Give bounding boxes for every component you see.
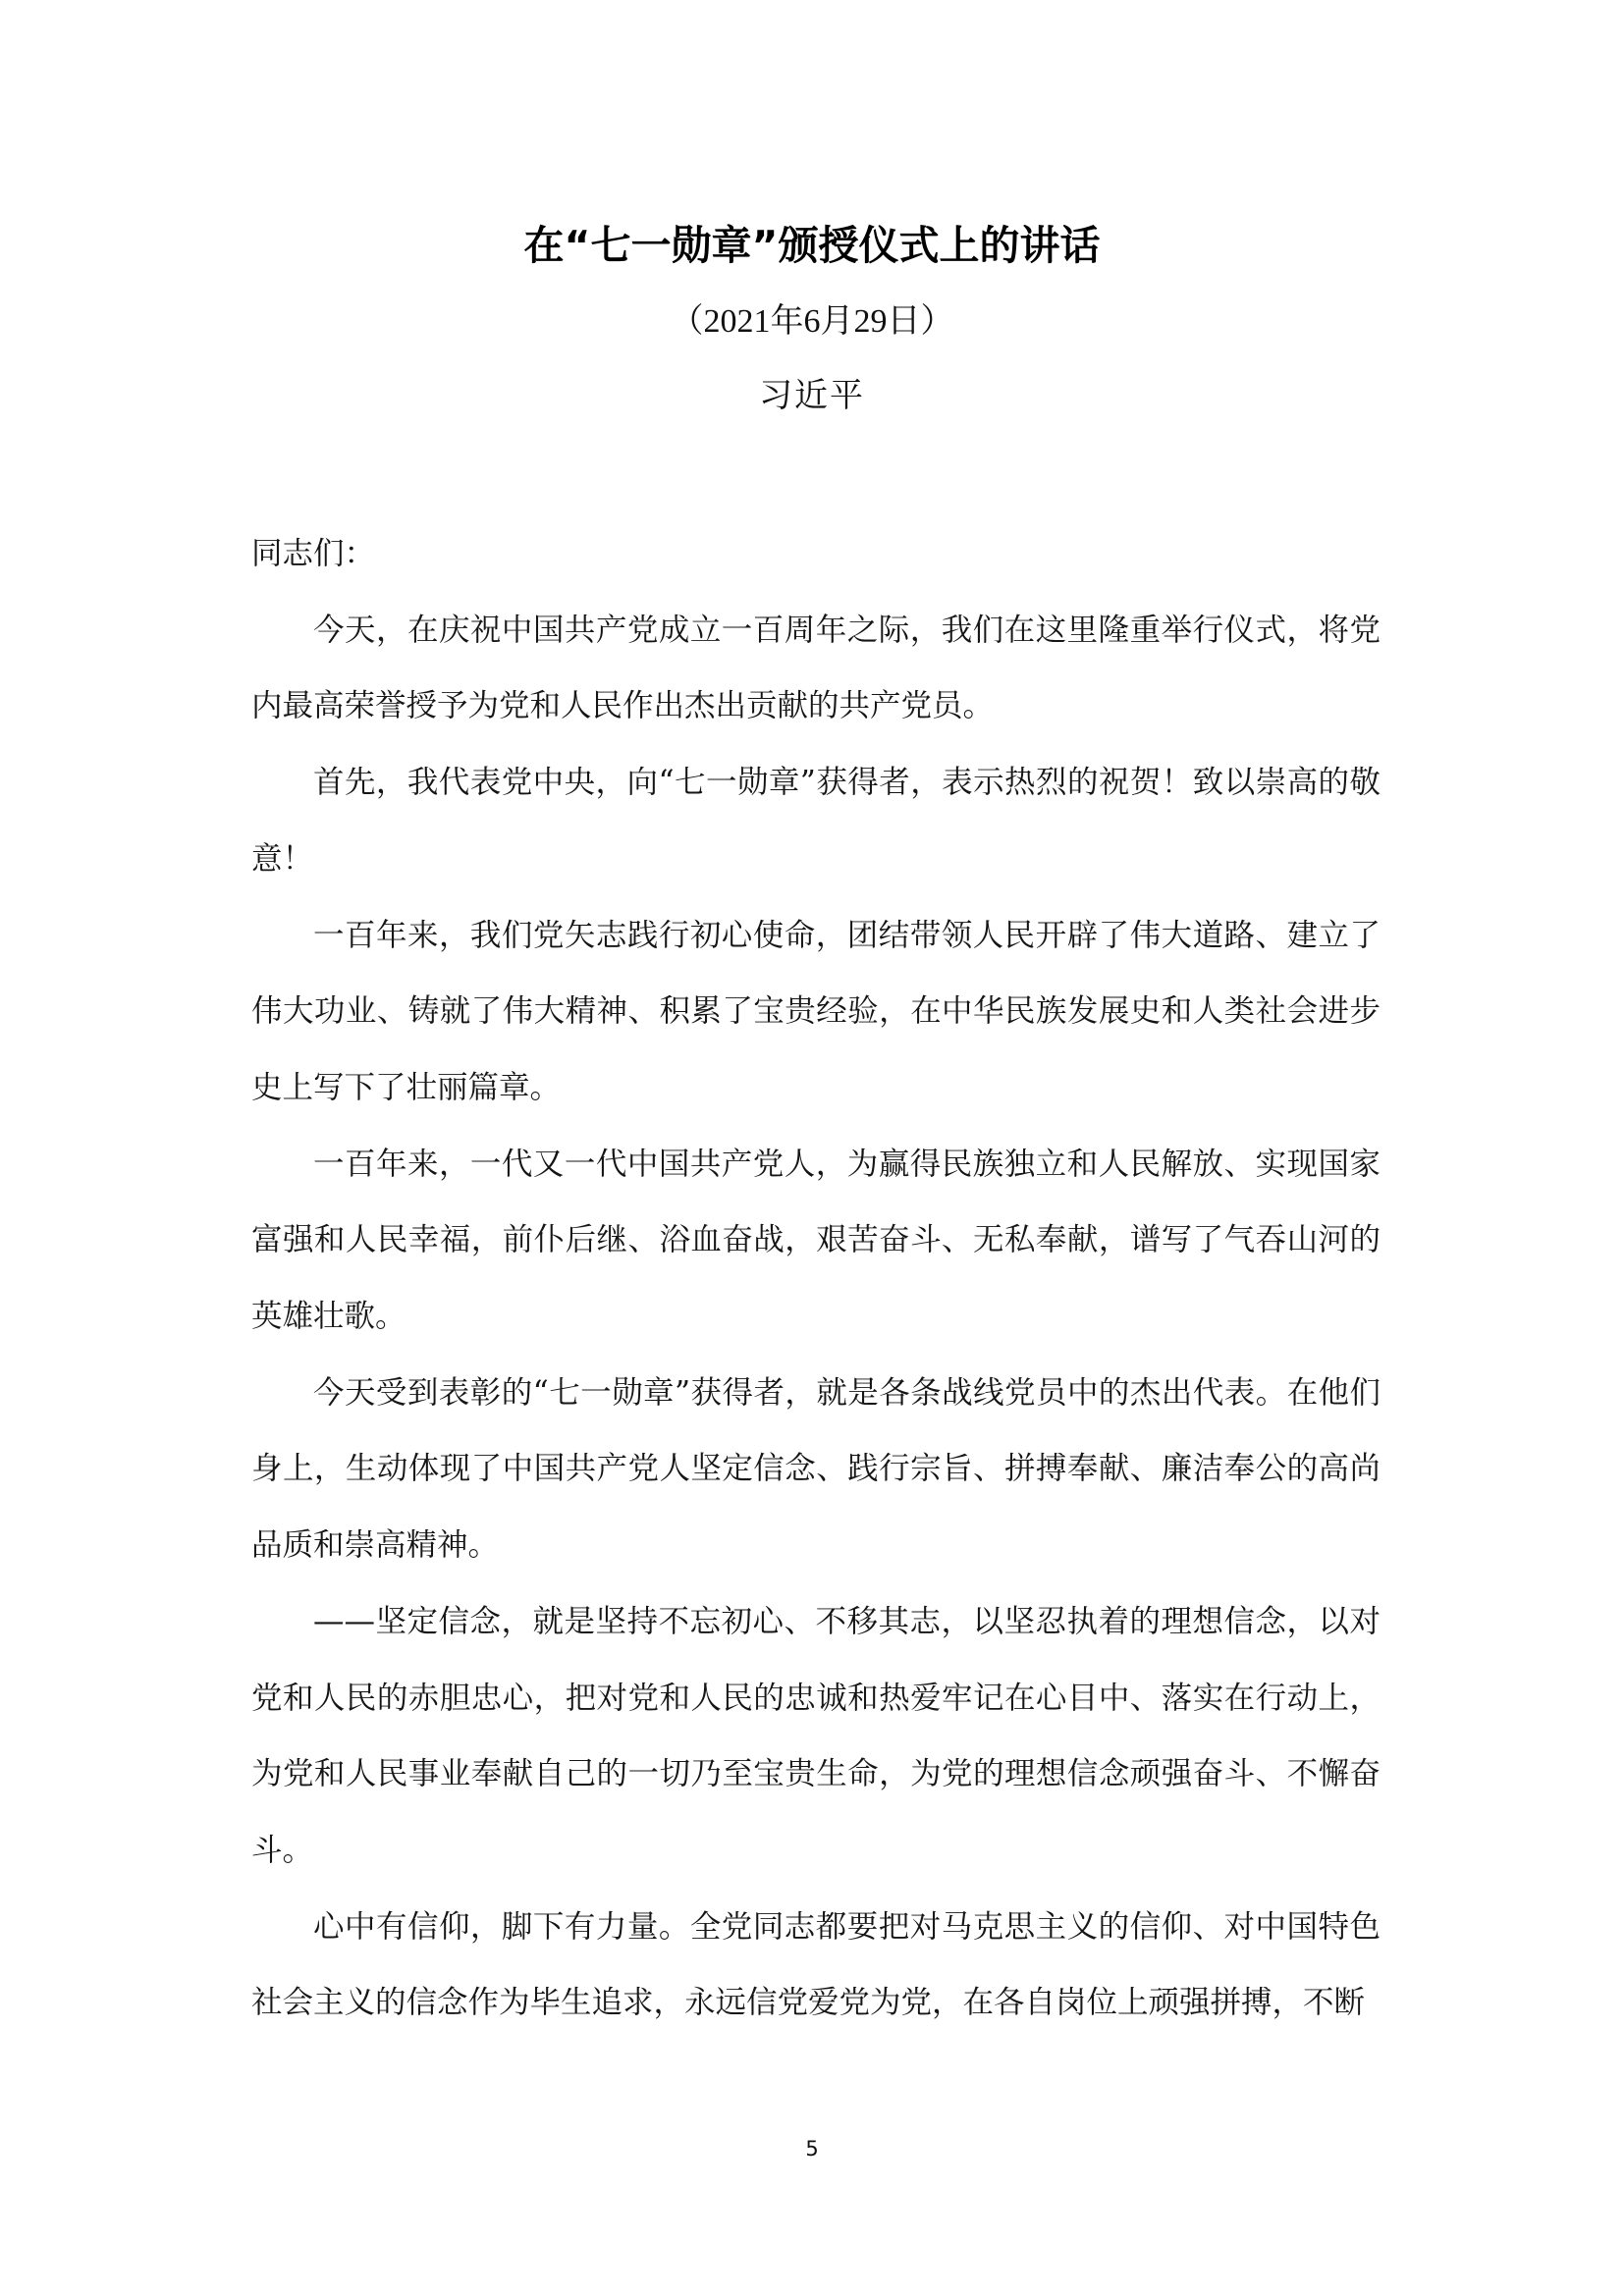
paragraph: 一百年来，一代又一代中国共产党人，为赢得民族独立和人民解放、实现国家富强和人民幸… — [251, 1127, 1380, 1356]
page-number: 5 — [0, 2135, 1624, 2163]
paragraph: 心中有信仰，脚下有力量。全党同志都要把对马克思主义的信仰、对中国特色社会主义的信… — [251, 1890, 1380, 2042]
speech-date: （2021年6月29日） — [0, 297, 1624, 347]
paragraph: 今天，在庆祝中国共产党成立一百周年之际，我们在这里隆重举行仪式，将党内最高荣誉授… — [251, 593, 1380, 745]
paragraph: 首先，我代表党中央，向“七一勋章”获得者，表示热烈的祝贺！致以崇高的敬意！ — [251, 745, 1380, 897]
speech-body: 同志们： 今天，在庆祝中国共产党成立一百周年之际，我们在这里隆重举行仪式，将党内… — [251, 516, 1380, 2042]
paragraph: ——坚定信念，就是坚持不忘初心、不移其志，以坚忍执着的理想信念，以对党和人民的赤… — [251, 1584, 1380, 1890]
salutation: 同志们： — [251, 516, 1380, 593]
speech-author: 习近平 — [0, 371, 1624, 420]
paragraph: 今天受到表彰的“七一勋章”获得者，就是各条战线党员中的杰出代表。在他们身上，生动… — [251, 1356, 1380, 1584]
paragraph: 一百年来，我们党矢志践行初心使命，团结带领人民开辟了伟大道路、建立了伟大功业、铸… — [251, 898, 1380, 1127]
document-page: 在“七一勋章”颁授仪式上的讲话 （2021年6月29日） 习近平 同志们： 今天… — [0, 0, 1624, 2296]
speech-title: 在“七一勋章”颁授仪式上的讲话 — [0, 218, 1624, 273]
